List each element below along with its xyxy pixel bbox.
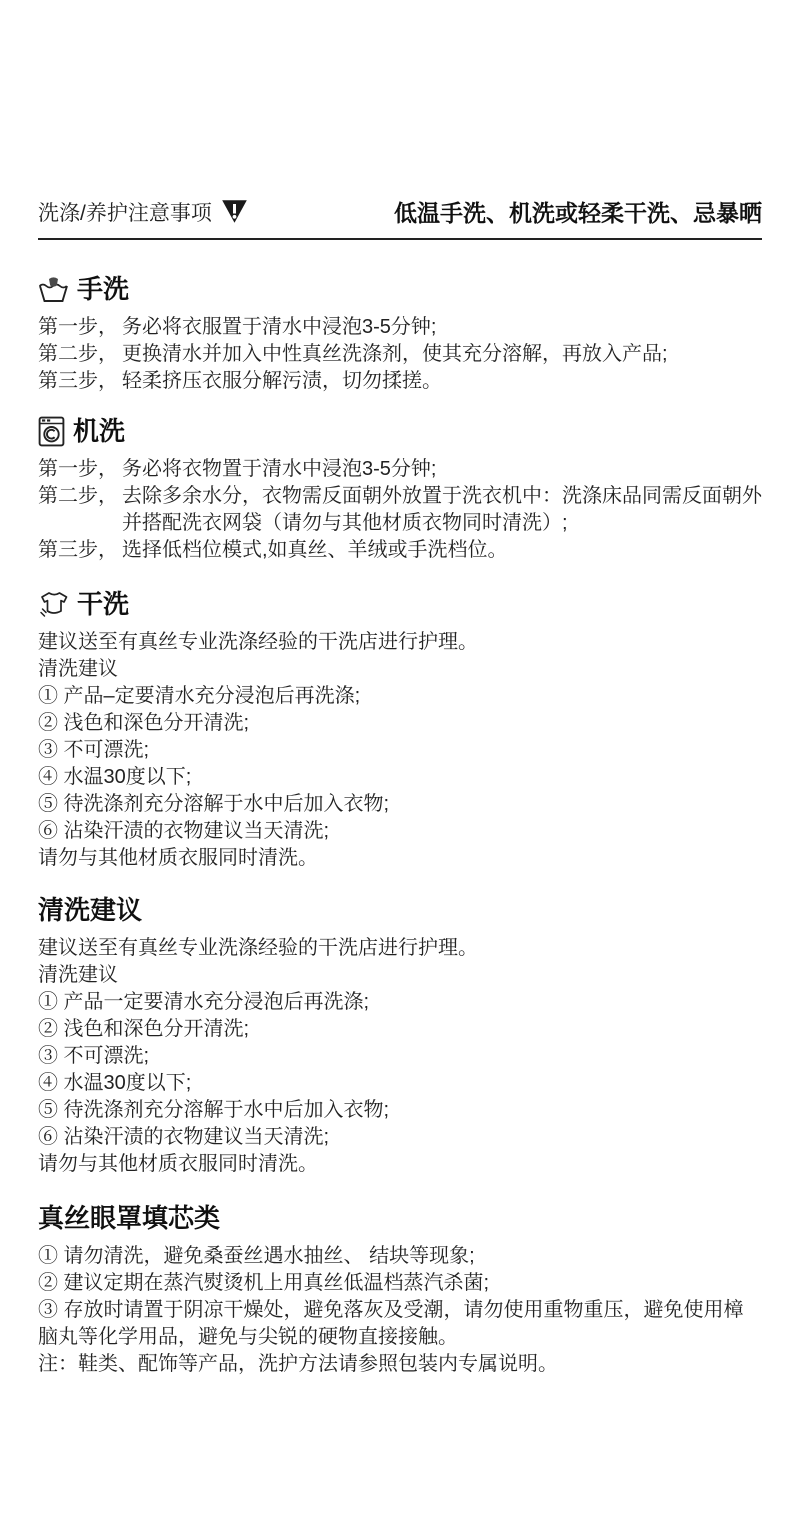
dry-clean-item-5: ⑤ 待洗涤剂充分溶解于水中后加入衣物;	[38, 791, 762, 818]
dry-clean-subtitle: 清洗建议	[38, 656, 762, 683]
machine-wash-step-3: 第三步， 选择低档位模式,如真丝、羊绒或手洗档位。	[38, 537, 762, 564]
washing-advice-title: 清洗建议	[38, 894, 142, 926]
machine-wash-heading: 机洗	[38, 415, 762, 447]
washing-advice-subtitle: 清洗建议	[38, 962, 762, 989]
dry-clean-item-3: ③ 不可漂洗;	[38, 737, 762, 764]
warning-triangle-icon	[221, 199, 248, 224]
silk-eye-mask-note: 注：鞋类、配饰等产品，洗护方法请参照包装内专属说明。	[38, 1351, 762, 1378]
header-title: 洗涤/养护注意事项	[38, 197, 212, 227]
dry-clean-item-1: ① 产品–定要清水充分浸泡后再洗涤;	[38, 683, 762, 710]
shirt-icon	[38, 591, 69, 618]
dry-clean-item-4: ④ 水温30度以下;	[38, 764, 762, 791]
dry-clean-heading: 干洗	[38, 588, 762, 620]
section-dry-clean: 干洗 建议送至有真丝专业洗涤经验的干洗店进行护理。 清洗建议 ① 产品–定要清水…	[38, 588, 762, 872]
washing-advice-heading: 清洗建议	[38, 894, 762, 926]
dry-clean-outro: 请勿与其他材质衣服同时清洗。	[38, 845, 762, 872]
washing-advice-item-5: ⑤ 待洗涤剂充分溶解于水中后加入衣物;	[38, 1097, 762, 1124]
washing-advice-item-2: ② 浅色和深色分开清洗;	[38, 1016, 762, 1043]
hand-wash-tub-icon	[38, 276, 69, 303]
washing-advice-item-6: ⑥ 沾染汗渍的衣物建议当天清洗;	[38, 1124, 762, 1151]
washing-advice-item-1: ① 产品一定要清水充分浸泡后再洗涤;	[38, 989, 762, 1016]
machine-wash-title: 机洗	[73, 415, 125, 447]
silk-eye-mask-item-1: ① 请勿清洗，避免桑蚕丝遇水抽丝、 结块等现象;	[38, 1243, 762, 1270]
washing-advice-outro: 请勿与其他材质衣服同时清洗。	[38, 1151, 762, 1178]
hand-wash-step-3: 第三步， 轻柔挤压衣服分解污渍，切勿揉搓。	[38, 368, 762, 395]
machine-wash-step-2: 第二步， 去除多余水分，衣物需反面朝外放置于洗衣机中：洗涤床品同需反面朝外并搭配…	[38, 483, 762, 537]
washing-advice-intro: 建议送至有真丝专业洗涤经验的干洗店进行护理。	[38, 935, 762, 962]
header-summary: 低温手洗、机洗或轻柔干洗、忌暴晒	[394, 195, 762, 228]
header: 洗涤/养护注意事项 低温手洗、机洗或轻柔干洗、忌暴晒	[38, 195, 762, 228]
dry-clean-title: 干洗	[77, 588, 129, 620]
silk-eye-mask-item-3: ③ 存放时请置于阴凉干燥处，避免落灰及受潮，请勿使用重物重压，避免使用樟脑丸等化…	[38, 1297, 762, 1351]
hand-wash-title: 手洗	[77, 273, 129, 305]
dry-clean-intro: 建议送至有真丝专业洗涤经验的干洗店进行护理。	[38, 629, 762, 656]
silk-eye-mask-title: 真丝眼罩填芯类	[38, 1202, 220, 1234]
silk-eye-mask-heading: 真丝眼罩填芯类	[38, 1202, 762, 1234]
hand-wash-step-1: 第一步， 务必将衣服置于清水中浸泡3-5分钟;	[38, 314, 762, 341]
header-divider	[38, 238, 762, 240]
dry-clean-item-2: ② 浅色和深色分开清洗;	[38, 710, 762, 737]
washing-machine-icon	[38, 416, 65, 447]
dry-clean-item-6: ⑥ 沾染汗渍的衣物建议当天清洗;	[38, 818, 762, 845]
washing-advice-item-3: ③ 不可漂洗;	[38, 1043, 762, 1070]
silk-eye-mask-item-2: ② 建议定期在蒸汽熨烫机上用真丝低温档蒸汽杀菌;	[38, 1270, 762, 1297]
machine-wash-step-1: 第一步， 务必将衣物置于清水中浸泡3-5分钟;	[38, 456, 762, 483]
care-instructions-page: 洗涤/养护注意事项 低温手洗、机洗或轻柔干洗、忌暴晒 手洗	[0, 0, 790, 1537]
washing-advice-item-4: ④ 水温30度以下;	[38, 1070, 762, 1097]
section-washing-advice: 清洗建议 建议送至有真丝专业洗涤经验的干洗店进行护理。 清洗建议 ① 产品一定要…	[38, 894, 762, 1178]
hand-wash-step-2: 第二步， 更换清水并加入中性真丝洗涤剂，使其充分溶解，再放入产品;	[38, 341, 762, 368]
section-hand-wash: 手洗 第一步， 务必将衣服置于清水中浸泡3-5分钟; 第二步， 更换清水并加入中…	[38, 273, 762, 395]
header-left: 洗涤/养护注意事项	[38, 197, 248, 227]
hand-wash-heading: 手洗	[38, 273, 762, 305]
section-silk-eye-mask: 真丝眼罩填芯类 ① 请勿清洗，避免桑蚕丝遇水抽丝、 结块等现象; ② 建议定期在…	[38, 1202, 762, 1378]
section-machine-wash: 机洗 第一步， 务必将衣物置于清水中浸泡3-5分钟; 第二步， 去除多余水分，衣…	[38, 415, 762, 564]
